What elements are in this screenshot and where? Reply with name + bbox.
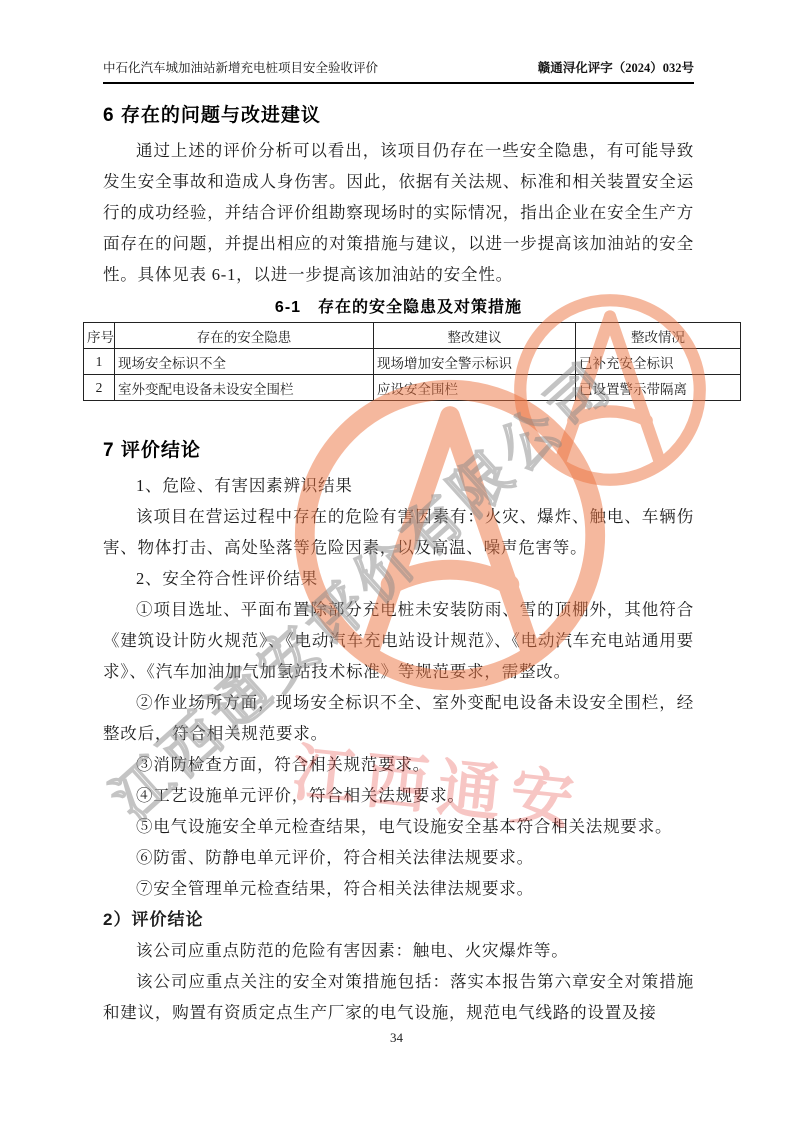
hazard-table: 序号存在的安全隐患整改建议整改情况 1现场安全标识不全现场增加安全警示标识已补充… (83, 322, 741, 401)
table-cell: 已补充安全标识 (576, 349, 741, 375)
section6-heading: 6 存在的问题与改进建议 (103, 100, 694, 127)
section7-paragraph: ⑦安全管理单元检查结果，符合相关法律法规要求。 (103, 873, 694, 904)
header-document-title: 中石化汽车城加油站新增充电桩项目安全验收评价 (103, 58, 378, 76)
table-header-row: 序号存在的安全隐患整改建议整改情况 (84, 323, 741, 349)
section6-paragraph: 通过上述的评价分析可以看出，该项目仍存在一些安全隐患，有可能导致发生安全事故和造… (103, 135, 694, 290)
page-content: 中石化汽车城加油站新增充电桩项目安全验收评价 赣通浔化评字（2024）032号 … (0, 0, 793, 1028)
section7-body: 1、危险、有害因素辨识结果该项目在营运过程中存在的危险有害因素有：火灾、爆炸、触… (103, 470, 694, 1028)
table-body: 1现场安全标识不全现场增加安全警示标识已补充安全标识2室外变配电设备未设安全围栏… (84, 349, 741, 401)
table-cell: 室外变配电设备未设安全围栏 (115, 375, 374, 401)
page-header: 中石化汽车城加油站新增充电桩项目安全验收评价 赣通浔化评字（2024）032号 (103, 58, 694, 84)
table-row: 2室外变配电设备未设安全围栏应设安全围栏已设置警示带隔离 (84, 375, 741, 401)
table-cell: 2 (84, 375, 115, 401)
table-title: 6-1 存在的安全隐患及对策措施 (103, 294, 694, 317)
section7-paragraph: 1、危险、有害因素辨识结果 (103, 470, 694, 501)
table-cell: 现场增加安全警示标识 (374, 349, 576, 375)
section7-paragraph: 该公司应重点关注的安全对策措施包括：落实本报告第六章安全对策措施和建议，购置有资… (103, 966, 694, 1028)
table-header-cell: 序号 (84, 323, 115, 349)
section7-paragraph: 该公司应重点防范的危险有害因素：触电、火灾爆炸等。 (103, 935, 694, 966)
section7-paragraph: ③消防检查方面，符合相关规范要求。 (103, 749, 694, 780)
section7-subheading: 2）评价结论 (103, 904, 694, 935)
section7-paragraph: ②作业场所方面，现场安全标识不全、室外变配电设备未设安全围栏，经整改后，符合相关… (103, 687, 694, 749)
table-row: 1现场安全标识不全现场增加安全警示标识已补充安全标识 (84, 349, 741, 375)
page-number: 34 (0, 1030, 793, 1046)
header-document-number: 赣通浔化评字（2024）032号 (538, 58, 694, 76)
section7-paragraph: ①项目选址、平面布置除部分充电桩未安装防雨、雪的顶棚外，其他符合《建筑设计防火规… (103, 594, 694, 687)
table-cell: 已设置警示带隔离 (576, 375, 741, 401)
section7-paragraph: ④工艺设施单元评价，符合相关法规要求。 (103, 780, 694, 811)
table-cell: 1 (84, 349, 115, 375)
table-header-cell: 存在的安全隐患 (115, 323, 374, 349)
section7-paragraph: 2、安全符合性评价结果 (103, 563, 694, 594)
section7-paragraph: 该项目在营运过程中存在的危险有害因素有：火灾、爆炸、触电、车辆伤害、物体打击、高… (103, 501, 694, 563)
table-header-cell: 整改情况 (576, 323, 741, 349)
table-header-cell: 整改建议 (374, 323, 576, 349)
section7-heading: 7 评价结论 (103, 435, 694, 462)
table-cell: 应设安全围栏 (374, 375, 576, 401)
section7-paragraph: ⑤电气设施安全单元检查结果，电气设施安全基本符合相关法规要求。 (103, 811, 694, 842)
document-page: 江西通安评价有限公司 江西通安 中石化汽车城加油站新增充电桩项目安全验收评价 赣… (0, 0, 793, 1122)
table-cell: 现场安全标识不全 (115, 349, 374, 375)
section7-paragraph: ⑥防雷、防静电单元评价，符合相关法律法规要求。 (103, 842, 694, 873)
